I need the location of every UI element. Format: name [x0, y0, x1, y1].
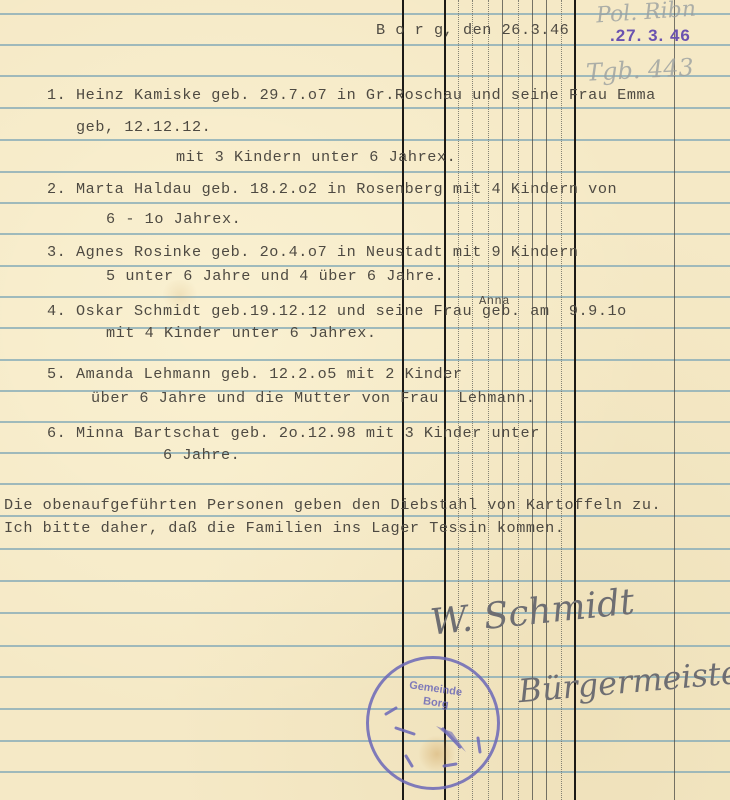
ruling-line	[0, 139, 730, 141]
place-date: B o r g, den 26.3.46	[376, 21, 569, 39]
pencil-note: Tgb. 443	[585, 53, 694, 87]
ruling-line	[0, 740, 730, 742]
entry-6-line-2: 6 Jahre.	[163, 446, 240, 464]
ruling-line	[0, 421, 730, 423]
entry-2-line-2: 6 - 1o Jahrex.	[106, 210, 241, 228]
ruling-line	[0, 548, 730, 550]
ruling-line	[0, 771, 730, 773]
document-page: B o r g, den 26.3.46 .27. 3. 46 Pol. Rib…	[0, 0, 730, 800]
received-date-stamp: .27. 3. 46	[610, 26, 691, 46]
ruling-line	[0, 708, 730, 710]
pencil-note: Pol. Ribn	[595, 0, 697, 28]
ruling-line	[0, 359, 730, 361]
ruling-line	[0, 107, 730, 109]
entry-4-line-2: mit 4 Kinder unter 6 Jahrex.	[106, 324, 377, 342]
entry-1-line-2: geb, 12.12.12.	[76, 118, 211, 136]
ruling-line	[0, 202, 730, 204]
entry-1-line-3: mit 3 Kindern unter 6 Jahrex.	[176, 148, 456, 166]
closing-line-2: Ich bitte daher, daß die Familien ins La…	[4, 519, 565, 537]
entry-5-line-2: über 6 Jahre und die Mutter von Frau Leh…	[91, 389, 536, 407]
entry-5-line-1: 5. Amanda Lehmann geb. 12.2.o5 mit 2 Kin…	[47, 365, 463, 383]
ruling-line	[0, 171, 730, 173]
seal-emblem-icon	[366, 656, 494, 784]
entry-4-line-1: 4. Oskar Schmidt geb.19.12.12 und seine …	[47, 302, 627, 320]
signature-title: Bürgermeister	[517, 652, 730, 711]
ruling-line	[0, 452, 730, 454]
ruling-line	[0, 515, 730, 517]
entry-3-line-1: 3. Agnes Rosinke geb. 2o.4.o7 in Neustad…	[47, 243, 579, 261]
ruling-line	[0, 580, 730, 582]
entry-6-line-1: 6. Minna Bartschat geb. 2o.12.98 mit 3 K…	[47, 424, 540, 442]
ruling-line	[0, 483, 730, 485]
ruling-line	[0, 296, 730, 298]
ruling-line	[0, 645, 730, 647]
entry-3-line-2: 5 unter 6 Jahre und 4 über 6 Jahre.	[106, 267, 444, 285]
official-seal: Gemeinde Borg	[366, 656, 500, 790]
closing-line-1: Die obenaufgeführten Personen geben den …	[4, 496, 661, 514]
entry-1-line-1: 1. Heinz Kamiske geb. 29.7.o7 in Gr.Rosc…	[47, 86, 656, 104]
entry-2-line-1: 2. Marta Haldau geb. 18.2.o2 in Rosenber…	[47, 180, 617, 198]
ruling-line	[0, 233, 730, 235]
